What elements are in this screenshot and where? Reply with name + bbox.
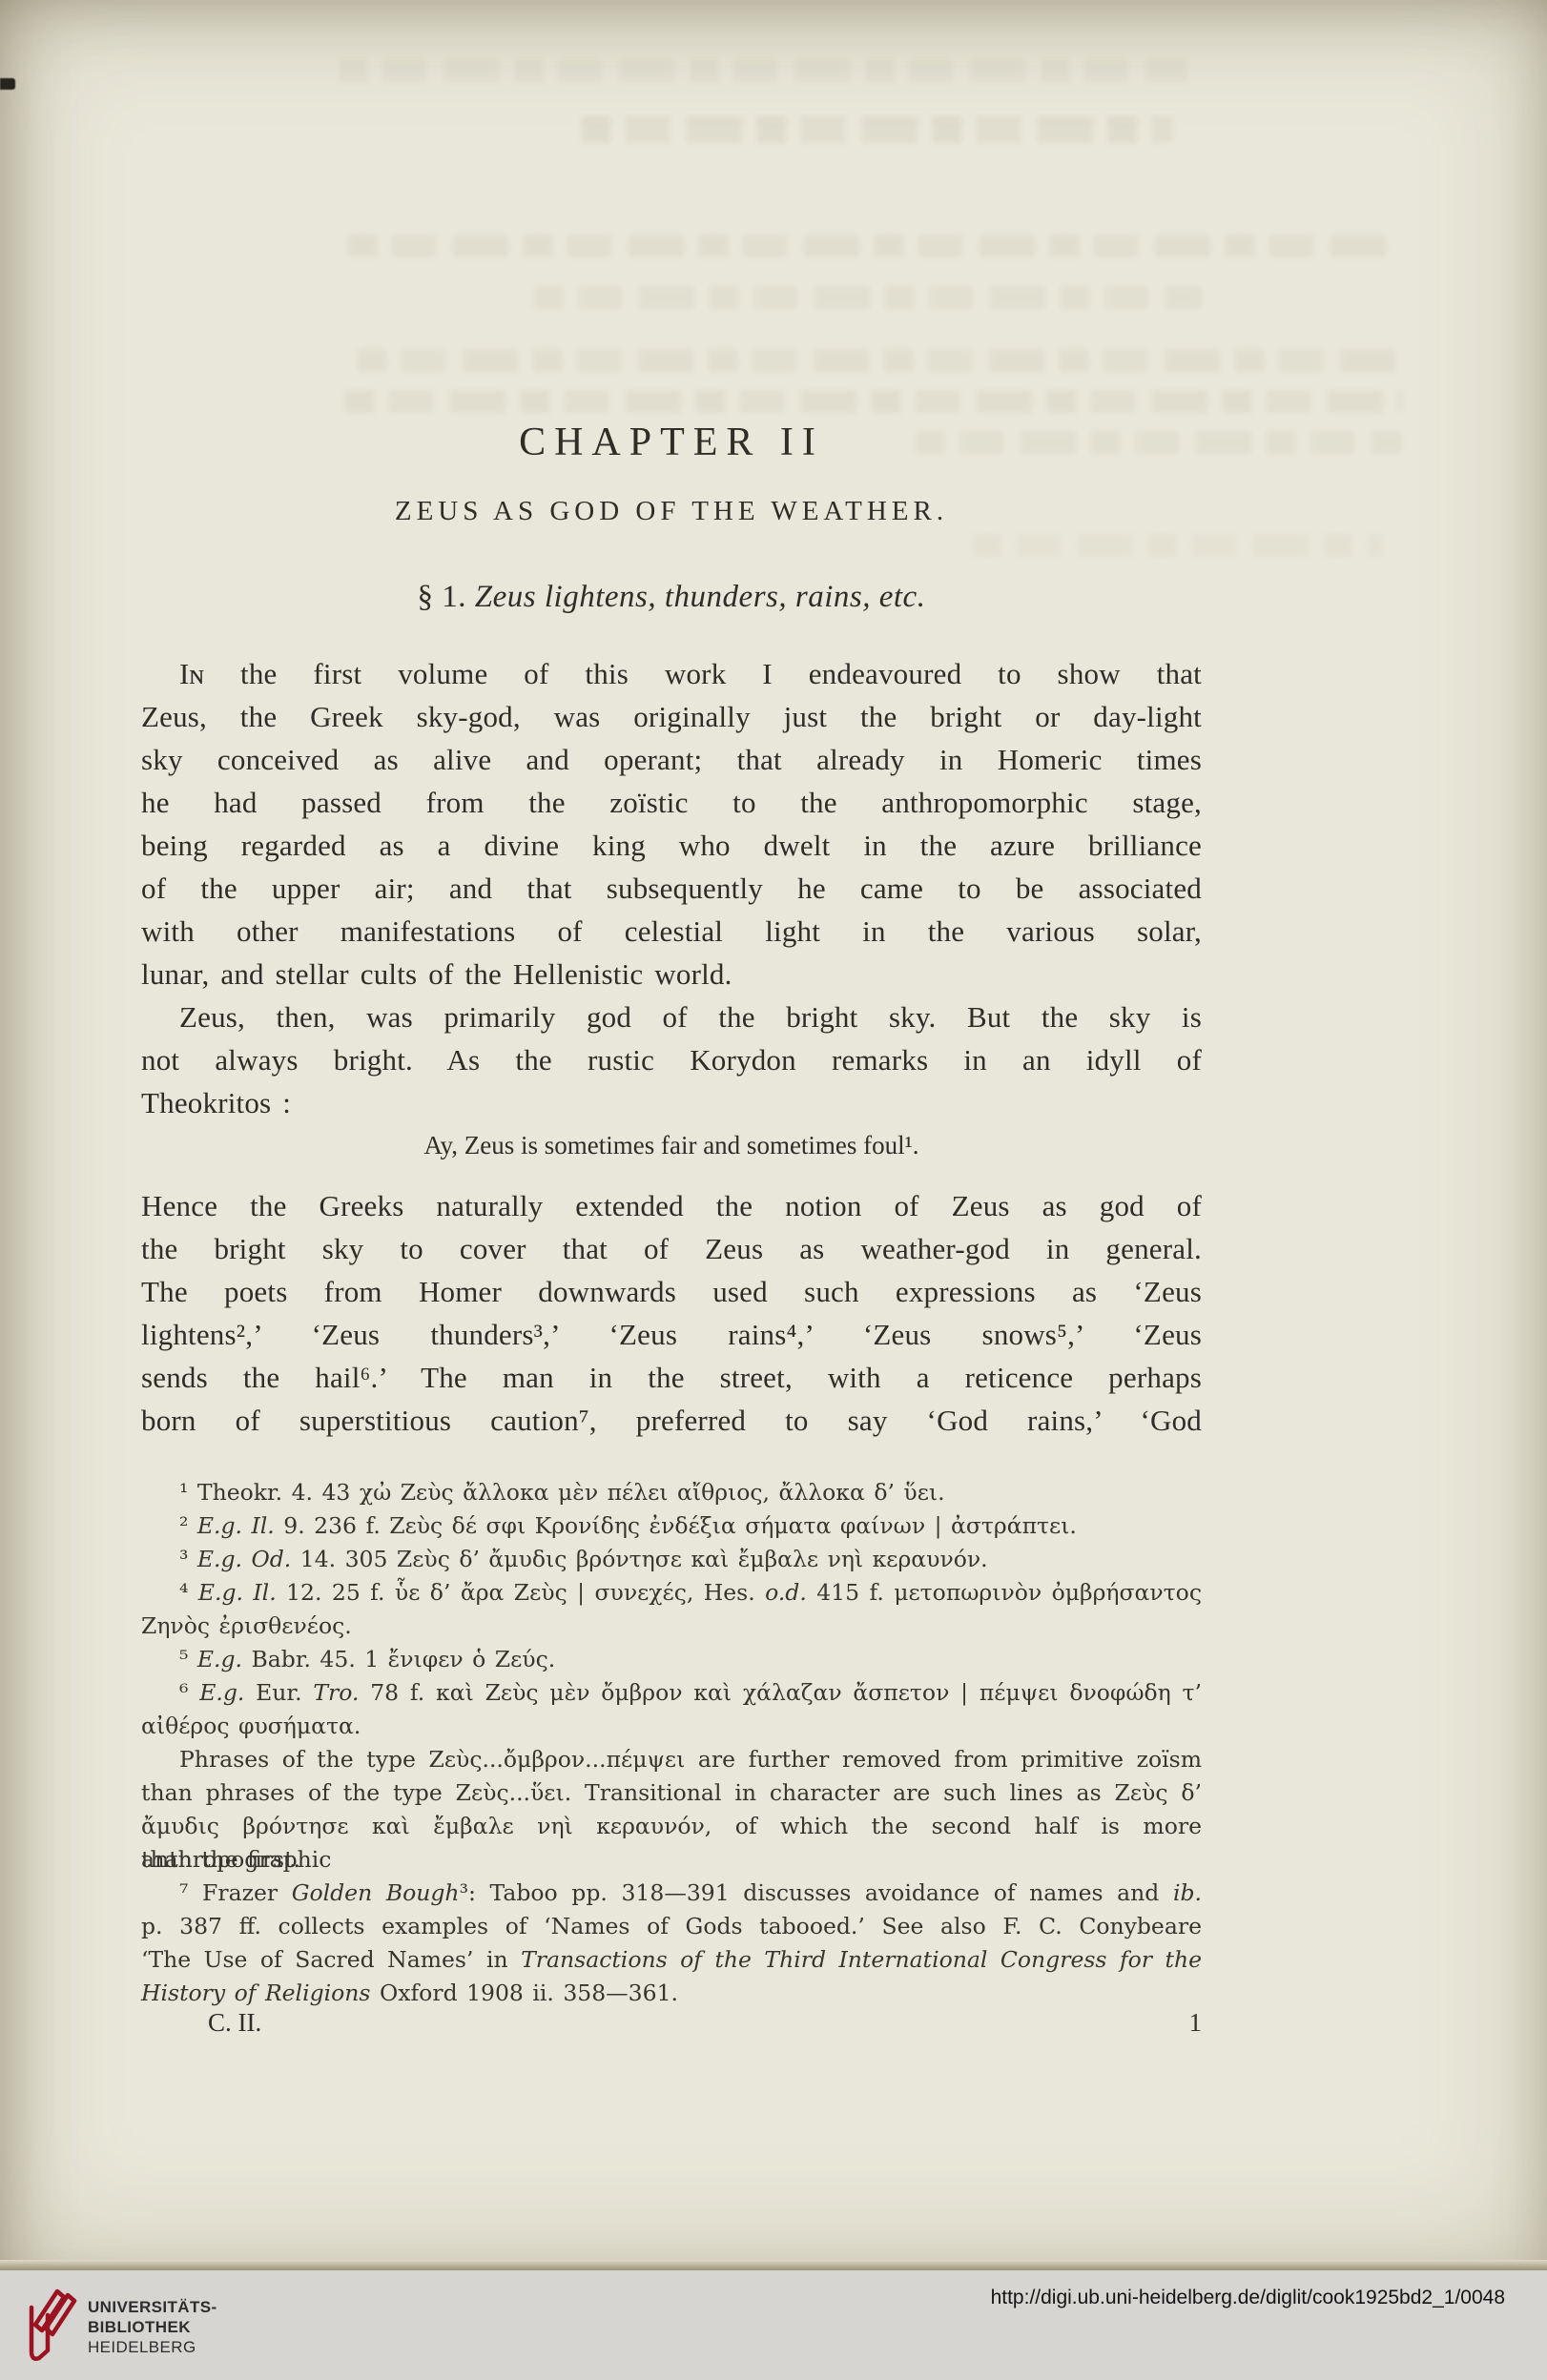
verse-quote: Ay, Zeus is sometimes fair and sometimes… [0,1131,1343,1160]
text-line: lunar, and stellar cults of the Hellenis… [141,953,1202,995]
text-line: sky conceived as alive and operant; that… [141,738,1202,781]
page-number: 1 [1125,2008,1202,2038]
text-line: ⁷ Frazer Golden Bough³: Taboo pp. 318—39… [141,1877,1202,1910]
text-line: sends the hail⁶.’ The man in the street,… [141,1356,1202,1399]
text-line: the bright sky to cover that of Zeus as … [141,1227,1202,1270]
text-line: born of superstitious caution⁷, preferre… [141,1399,1202,1442]
text-line: Ζηνὸς ἐρισθενέος. [141,1610,1202,1643]
bleedthrough-line [582,116,1173,143]
footnotes: ¹ Theokr. 4. 43 χὠ Ζεὺς ἄλλοκα μὲν πέλει… [141,1476,1202,2010]
viewer-footer: UNIVERSITÄTS- BIBLIOTHEK HEIDELBERG http… [0,2270,1547,2380]
text-line: ἄμυδις βρόντησε καὶ ἔμβαλε νηὶ κεραυνόν,… [141,1810,1202,1843]
scan-source-url: http://digi.ub.uni-heidelberg.de/diglit/… [991,2287,1505,2309]
university-library-logo-icon [21,2283,78,2367]
text-line: with other manifestations of celestial l… [141,910,1202,953]
text-line: ³ E.g. Od. 14. 305 Ζεὺς δ’ ἄμυδις βρόντη… [141,1543,1202,1576]
text-line: ‘The Use of Sacred Names’ in Transaction… [141,1943,1202,1977]
bleedthrough-line [348,235,1397,257]
chapter-subtitle: ZEUS AS GOD OF THE WEATHER. [0,496,1343,527]
text-line: than phrases of the type Ζεὺς...ὕει. Tra… [141,1776,1202,1810]
page-edge-shadow [0,2260,1547,2270]
section-number: § 1. [418,580,467,614]
text-line: Iɴ the first volume of this work I endea… [141,652,1202,695]
text-line: he had passed from the zoïstic to the an… [141,781,1202,824]
text-line: being regarded as a divine king who dwel… [141,824,1202,867]
section-heading: § 1. Zeus lightens, thunders, rains, etc… [0,580,1343,615]
text-line: Zeus, then, was primarily god of the bri… [141,995,1202,1038]
text-line: p. 387 ff. collects examples of ‘Names o… [141,1910,1202,1943]
bleedthrough-line [345,390,1402,413]
book-page-scan: CHAPTER II ZEUS AS GOD OF THE WEATHER. §… [0,0,1547,2270]
library-name-line3: HEIDELBERG [88,2337,217,2357]
paragraph: Iɴ the first volume of this work I endea… [141,652,1202,995]
scan-edge-mark [0,78,15,90]
bleedthrough-line [534,286,1202,309]
digitized-book-viewer: CHAPTER II ZEUS AS GOD OF THE WEATHER. §… [0,0,1547,2380]
text-line: Phrases of the type Ζεὺς...ὄμβρον...πέμψ… [141,1743,1202,1776]
section-title: Zeus lightens, thunders, rains, etc. [475,580,926,614]
text-line: Hence the Greeks naturally extended the … [141,1184,1202,1227]
text-line: lightens²,’ ‘Zeus thunders³,’ ‘Zeus rain… [141,1313,1202,1356]
text-line: than the first. [141,1843,1202,1877]
text-line: Zeus, the Greek sky-god, was originally … [141,695,1202,738]
signature-mark: C. II. [208,2008,261,2038]
text-line: ⁶ E.g. Eur. Tro. 78 f. καὶ Ζεὺς μὲν ὄμβρ… [141,1676,1202,1710]
text-line: Theokritos : [141,1081,1202,1124]
text-line: History of Religions Oxford 1908 ii. 358… [141,1977,1202,2010]
library-name-line2: BIBLIOTHEK [88,2317,217,2337]
text-line: ⁵ E.g. Babr. 45. 1 ἔνιφεν ὁ Ζεύς. [141,1643,1202,1676]
text-line: not always bright. As the rustic Korydon… [141,1038,1202,1081]
bleedthrough-line [973,534,1383,557]
text-line: of the upper air; and that subsequently … [141,867,1202,910]
paragraph: Hence the Greeks naturally extended the … [141,1184,1202,1442]
text-line: αἰθέρος φυσήματα. [141,1710,1202,1743]
paragraph: Zeus, then, was primarily god of the bri… [141,995,1202,1124]
library-name: UNIVERSITÄTS- BIBLIOTHEK HEIDELBERG [88,2297,217,2357]
bleedthrough-line [339,59,1187,82]
text-line: ⁴ E.g. Il. 12. 25 f. ὗε δ’ ἄρα Ζεὺς | συ… [141,1576,1202,1610]
chapter-title: CHAPTER II [0,420,1343,465]
text-line: ¹ Theokr. 4. 43 χὠ Ζεὺς ἄλλοκα μὲν πέλει… [141,1476,1202,1509]
library-name-line1: UNIVERSITÄTS- [88,2297,217,2317]
bleedthrough-line [358,349,1402,372]
text-line: The poets from Homer downwards used such… [141,1270,1202,1313]
text-line: ² E.g. Il. 9. 236 f. Ζεὺς δέ σφι Κρονίδη… [141,1509,1202,1543]
